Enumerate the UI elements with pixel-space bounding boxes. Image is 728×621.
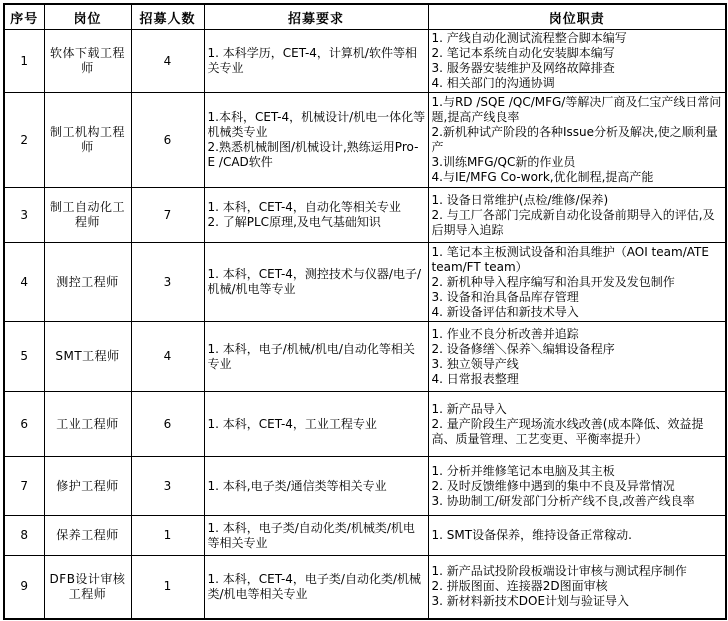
recruit-count-cell: 7 bbox=[131, 188, 204, 243]
col-header-no: 序号 bbox=[4, 4, 44, 30]
job-recruitment-table: 序号 岗位 招募人数 招募要求 岗位职责 1 软体下载工程师 4 1. 本科学历… bbox=[3, 3, 727, 620]
duty-line: 3.训练MFG/QC新的作业员 bbox=[432, 155, 724, 170]
table-row: 4 测控工程师 3 1. 本科，CET-4，测控技术与仪器/电子/机械/机电等专… bbox=[4, 243, 726, 322]
position-cell: 制工自动化工程师 bbox=[44, 188, 131, 243]
requirement-line: 1. 本科,电子类/通信类等相关专业 bbox=[208, 479, 426, 494]
recruit-count-cell: 1 bbox=[131, 516, 204, 556]
duty-line: 1. 笔记本主板测试设备和治具维护（AOI team/ATE team/FT t… bbox=[432, 245, 724, 275]
duty-line: 4. 相关部门的沟通协调 bbox=[432, 76, 724, 91]
duty-line: 1. 分析并维修笔记本电脑及其主板 bbox=[432, 464, 724, 479]
header-row: 序号 岗位 招募人数 招募要求 岗位职责 bbox=[4, 4, 726, 30]
row-number-cell: 3 bbox=[4, 188, 44, 243]
duty-line: 2. 拼版图面、连接器2D图面审核 bbox=[432, 579, 724, 594]
position-cell: 测控工程师 bbox=[44, 243, 131, 322]
table-row: 8 保养工程师 1 1. 本科，电子类/自动化类/机械类/机电等相关专业 1. … bbox=[4, 516, 726, 556]
requirements-cell: 1. 本科学历，CET-4，计算机/软件等相关专业 bbox=[204, 30, 428, 93]
duty-line: 1.与RD /SQE /QC/MFG/等解决厂商及仁宝产线日常问题,提高产线良率 bbox=[432, 95, 724, 125]
row-number-cell: 7 bbox=[4, 457, 44, 516]
duties-cell: 1. 新产品试投阶段板端设计审核与测试程序制作2. 拼版图面、连接器2D图面审核… bbox=[428, 556, 726, 619]
recruit-count-cell: 6 bbox=[131, 392, 204, 457]
table-row: 1 软体下载工程师 4 1. 本科学历，CET-4，计算机/软件等相关专业 1.… bbox=[4, 30, 726, 93]
duties-cell: 1. 新产品导入2. 量产阶段生产现场流水线改善(成本降低、效益提高、质量管理、… bbox=[428, 392, 726, 457]
row-number-cell: 8 bbox=[4, 516, 44, 556]
duty-line: 3. 新材料新技术DOE计划与验证导入 bbox=[432, 594, 724, 609]
duty-line: 3. 协助制工/研发部门分析产线不良,改善产线良率 bbox=[432, 494, 724, 509]
table-row: 6 工业工程师 6 1. 本科，CET-4，工业工程专业 1. 新产品导入2. … bbox=[4, 392, 726, 457]
recruit-count-cell: 3 bbox=[131, 243, 204, 322]
table-row: 2 制工机构工程师 6 1.本科，CET-4，机械设计/机电一体化等机械类专业2… bbox=[4, 93, 726, 188]
duty-line: 2. 及时反馈维修中遇到的集中不良及异常情况 bbox=[432, 479, 724, 494]
duty-line: 2.新机种试产阶段的各种Issue分析及解决,使之顺利量产 bbox=[432, 125, 724, 155]
duty-line: 1. 作业不良分析改善并追踪 bbox=[432, 327, 724, 342]
position-cell: 制工机构工程师 bbox=[44, 93, 131, 188]
row-number-cell: 1 bbox=[4, 30, 44, 93]
duty-line: 2. 笔记本系统自动化安装脚本编写 bbox=[432, 46, 724, 61]
requirement-line: 1. 本科，CET-4，测控技术与仪器/电子/机械/机电等专业 bbox=[208, 267, 426, 297]
recruit-count-cell: 1 bbox=[131, 556, 204, 619]
table-row: 5 SMT工程师 4 1. 本科，电子/机械/机电/自动化等相关专业 1. 作业… bbox=[4, 322, 726, 392]
recruit-count-cell: 4 bbox=[131, 322, 204, 392]
duty-line: 1. SMT设备保养，维持设备正常稼动. bbox=[432, 528, 724, 543]
table-row: 9 DFB设计审核工程师 1 1. 本科，CET-4，电子类/自动化类/机械类/… bbox=[4, 556, 726, 619]
duty-line: 2. 设备修缮＼保养＼编辑设备程序 bbox=[432, 342, 724, 357]
position-cell: SMT工程师 bbox=[44, 322, 131, 392]
requirements-cell: 1. 本科，CET-4，工业工程专业 bbox=[204, 392, 428, 457]
position-cell: 工业工程师 bbox=[44, 392, 131, 457]
position-cell: 软体下载工程师 bbox=[44, 30, 131, 93]
table-row: 7 修护工程师 3 1. 本科,电子类/通信类等相关专业 1. 分析并维修笔记本… bbox=[4, 457, 726, 516]
requirement-line: 1. 本科，CET-4，工业工程专业 bbox=[208, 417, 426, 432]
position-cell: 修护工程师 bbox=[44, 457, 131, 516]
requirement-line: 1. 本科，CET-4，电子类/自动化类/机械类/机电等相关专业 bbox=[208, 572, 426, 602]
table-row: 3 制工自动化工程师 7 1. 本科，CET-4，自动化等相关专业2. 了解PL… bbox=[4, 188, 726, 243]
col-header-position: 岗位 bbox=[44, 4, 131, 30]
duty-line: 4.与IE/MFG Co-work,优化制程,提高产能 bbox=[432, 170, 724, 185]
row-number-cell: 2 bbox=[4, 93, 44, 188]
row-number-cell: 6 bbox=[4, 392, 44, 457]
row-number-cell: 9 bbox=[4, 556, 44, 619]
duty-line: 3. 独立领导产线 bbox=[432, 357, 724, 372]
duty-line: 4. 新设备评估和新技术导入 bbox=[432, 305, 724, 320]
duties-cell: 1. 设备日常维护(点检/维修/保养)2. 与工厂各部门完成新自动化设备前期导入… bbox=[428, 188, 726, 243]
duty-line: 3. 设备和治具备品库存管理 bbox=[432, 290, 724, 305]
position-cell: DFB设计审核工程师 bbox=[44, 556, 131, 619]
duty-line: 1. 新产品导入 bbox=[432, 402, 724, 417]
duties-cell: 1. 笔记本主板测试设备和治具维护（AOI team/ATE team/FT t… bbox=[428, 243, 726, 322]
requirement-line: 1. 本科，电子类/自动化类/机械类/机电等相关专业 bbox=[208, 521, 426, 551]
duty-line: 2. 与工厂各部门完成新自动化设备前期导入的评估,及后期导入追踪 bbox=[432, 208, 724, 238]
row-number-cell: 4 bbox=[4, 243, 44, 322]
requirement-line: 1. 本科学历，CET-4，计算机/软件等相关专业 bbox=[208, 46, 426, 76]
duty-line: 1. 产线自动化测试流程整合脚本编写 bbox=[432, 31, 724, 46]
duties-cell: 1. 产线自动化测试流程整合脚本编写2. 笔记本系统自动化安装脚本编写3. 服务… bbox=[428, 30, 726, 93]
requirements-cell: 1. 本科，CET-4，自动化等相关专业2. 了解PLC原理,及电气基础知识 bbox=[204, 188, 428, 243]
requirements-cell: 1. 本科，CET-4，电子类/自动化类/机械类/机电等相关专业 bbox=[204, 556, 428, 619]
recruit-count-cell: 4 bbox=[131, 30, 204, 93]
duties-cell: 1. 作业不良分析改善并追踪2. 设备修缮＼保养＼编辑设备程序3. 独立领导产线… bbox=[428, 322, 726, 392]
requirements-cell: 1. 本科，电子类/自动化类/机械类/机电等相关专业 bbox=[204, 516, 428, 556]
requirements-cell: 1.本科，CET-4，机械设计/机电一体化等机械类专业2.熟悉机械制图/机械设计… bbox=[204, 93, 428, 188]
requirements-cell: 1. 本科，CET-4，测控技术与仪器/电子/机械/机电等专业 bbox=[204, 243, 428, 322]
col-header-count: 招募人数 bbox=[131, 4, 204, 30]
row-number-cell: 5 bbox=[4, 322, 44, 392]
duty-line: 2. 新机种导入程序编写和治具开发及发包制作 bbox=[432, 275, 724, 290]
duties-cell: 1.与RD /SQE /QC/MFG/等解决厂商及仁宝产线日常问题,提高产线良率… bbox=[428, 93, 726, 188]
duty-line: 3. 服务器安装维护及网络故障排查 bbox=[432, 61, 724, 76]
table-header: 序号 岗位 招募人数 招募要求 岗位职责 bbox=[4, 4, 726, 30]
col-header-requirements: 招募要求 bbox=[204, 4, 428, 30]
requirements-cell: 1. 本科，电子/机械/机电/自动化等相关专业 bbox=[204, 322, 428, 392]
requirement-line: 1.本科，CET-4，机械设计/机电一体化等机械类专业 bbox=[208, 110, 426, 140]
position-cell: 保养工程师 bbox=[44, 516, 131, 556]
requirement-line: 2.熟悉机械制图/机械设计,熟练运用Pro-E /CAD软件 bbox=[208, 140, 426, 170]
requirement-line: 2. 了解PLC原理,及电气基础知识 bbox=[208, 215, 426, 230]
recruit-count-cell: 6 bbox=[131, 93, 204, 188]
duty-line: 1. 新产品试投阶段板端设计审核与测试程序制作 bbox=[432, 564, 724, 579]
duty-line: 4. 日常报表整理 bbox=[432, 372, 724, 387]
table-body: 1 软体下载工程师 4 1. 本科学历，CET-4，计算机/软件等相关专业 1.… bbox=[4, 30, 726, 619]
recruit-count-cell: 3 bbox=[131, 457, 204, 516]
col-header-duties: 岗位职责 bbox=[428, 4, 726, 30]
requirements-cell: 1. 本科,电子类/通信类等相关专业 bbox=[204, 457, 428, 516]
requirement-line: 1. 本科，CET-4，自动化等相关专业 bbox=[208, 200, 426, 215]
requirement-line: 1. 本科，电子/机械/机电/自动化等相关专业 bbox=[208, 342, 426, 372]
duty-line: 1. 设备日常维护(点检/维修/保养) bbox=[432, 193, 724, 208]
duties-cell: 1. 分析并维修笔记本电脑及其主板2. 及时反馈维修中遇到的集中不良及异常情况3… bbox=[428, 457, 726, 516]
duty-line: 2. 量产阶段生产现场流水线改善(成本降低、效益提高、质量管理、工艺变更、平衡率… bbox=[432, 417, 724, 447]
duties-cell: 1. SMT设备保养，维持设备正常稼动. bbox=[428, 516, 726, 556]
